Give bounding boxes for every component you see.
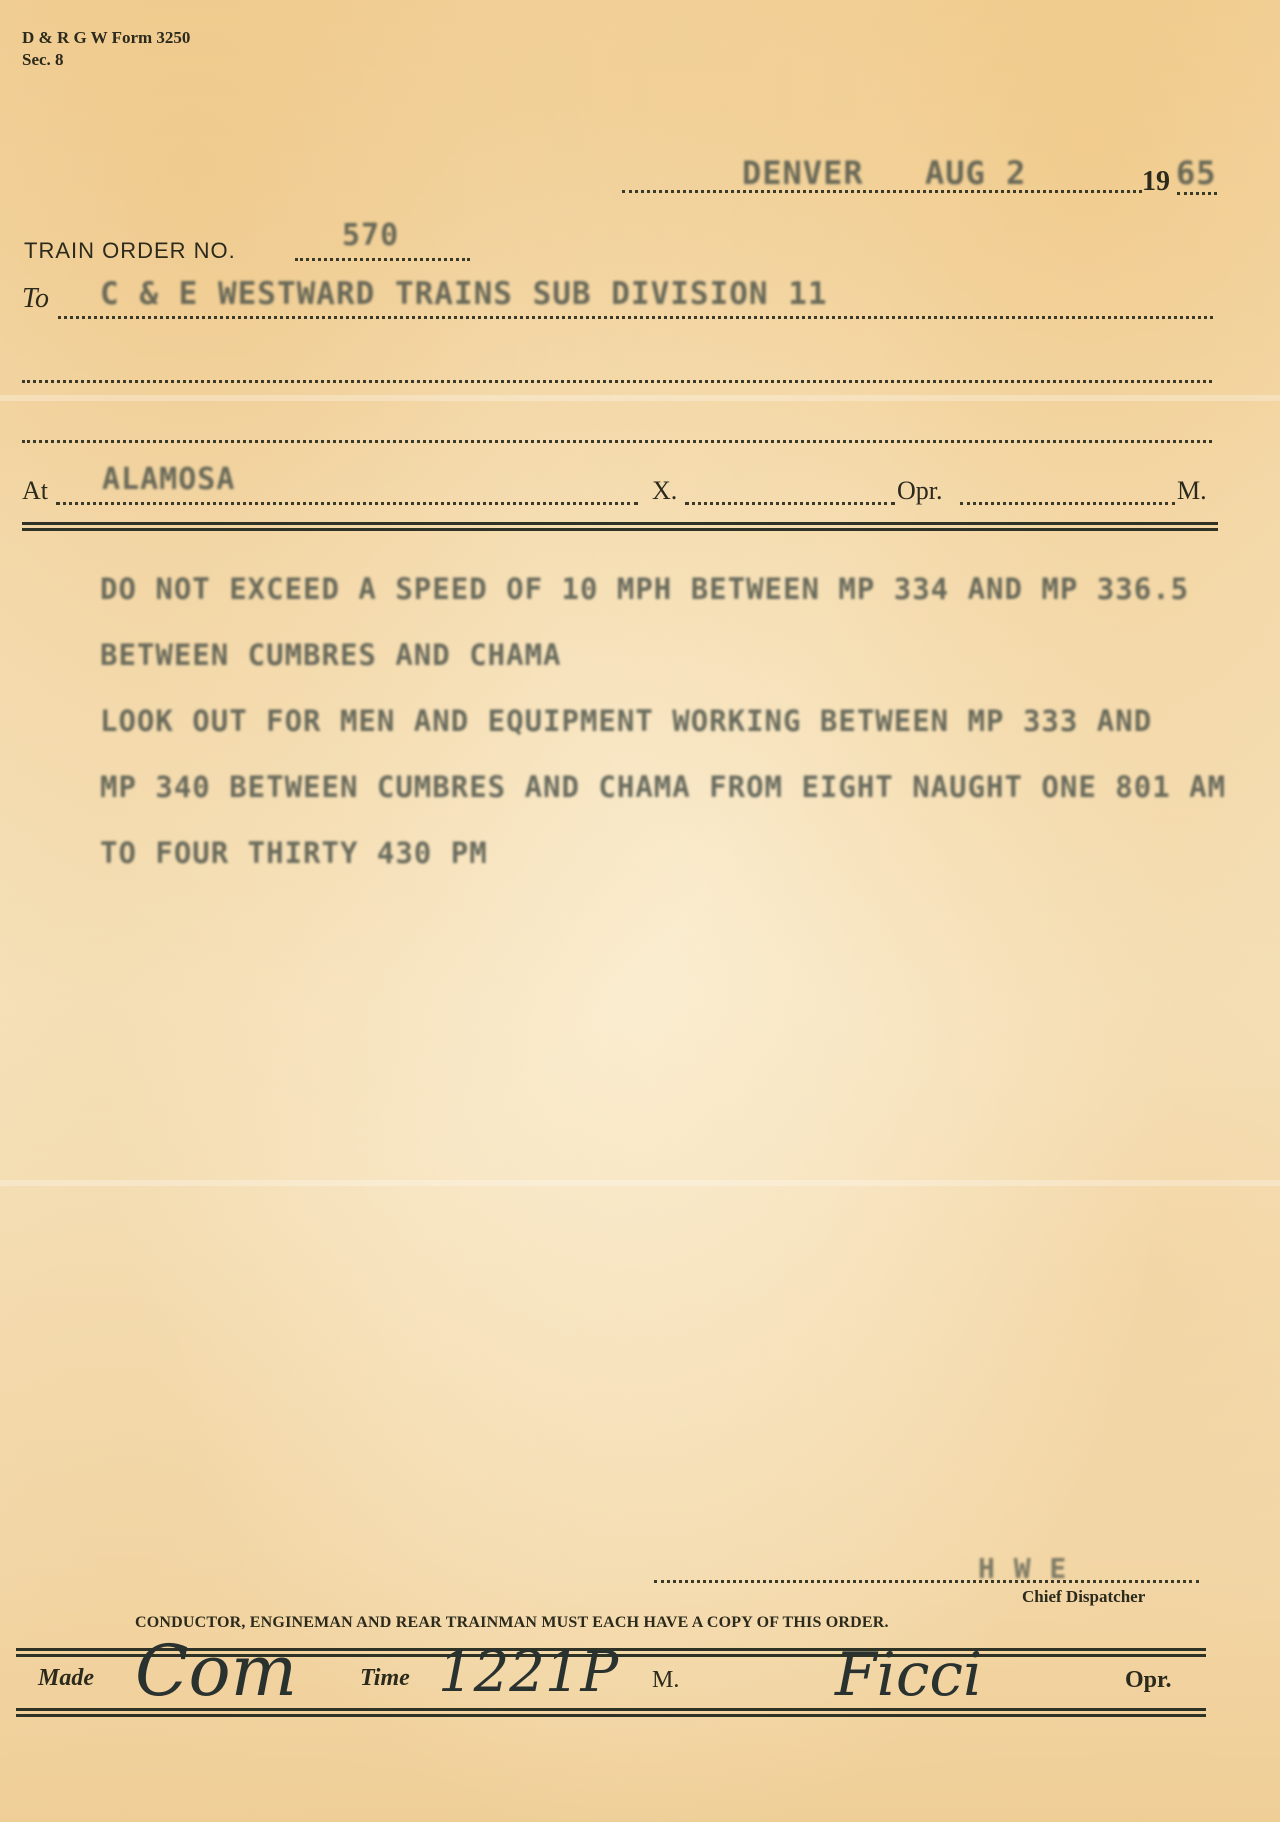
form-section: Sec. 8 bbox=[22, 50, 64, 70]
time-m-label: M. bbox=[652, 1667, 679, 1694]
opr-label: Opr. bbox=[897, 476, 943, 506]
train-order-form: D & R G W Form 3250 Sec. 8 DENVER AUG 2 … bbox=[0, 0, 1280, 1822]
x-line bbox=[685, 502, 895, 505]
dispatcher-initials: H W E bbox=[978, 1552, 1067, 1585]
at-line bbox=[56, 502, 638, 505]
dispatcher-line bbox=[654, 1580, 1199, 1583]
train-order-label: TRAIN ORDER NO. bbox=[24, 238, 236, 264]
blank-line-1 bbox=[22, 380, 1212, 383]
opr-line bbox=[960, 502, 1175, 505]
operator-signature: Ficci bbox=[835, 1640, 982, 1710]
date-line bbox=[622, 190, 1142, 193]
order-line: LOOK OUT FOR MEN AND EQUIPMENT WORKING B… bbox=[100, 688, 1226, 754]
made-value: Com bbox=[135, 1630, 297, 1712]
made-label: Made bbox=[38, 1665, 94, 1692]
chief-dispatcher-label: Chief Dispatcher bbox=[1022, 1587, 1145, 1607]
m-label: M. bbox=[1177, 476, 1207, 506]
order-line: BETWEEN CUMBRES AND CHAMA bbox=[100, 622, 1226, 688]
x-label: X. bbox=[652, 476, 677, 506]
order-body: DO NOT EXCEED A SPEED OF 10 MPH BETWEEN … bbox=[100, 556, 1226, 886]
place-entry: DENVER bbox=[742, 154, 864, 192]
form-number: D & R G W Form 3250 bbox=[22, 28, 190, 48]
to-label: To bbox=[22, 283, 49, 315]
year-prefix: 19 bbox=[1142, 166, 1170, 198]
paper-fold bbox=[0, 395, 1280, 401]
year-line bbox=[1177, 192, 1217, 195]
time-label: Time bbox=[360, 1665, 410, 1692]
header-divider bbox=[22, 522, 1218, 531]
order-line: MP 340 BETWEEN CUMBRES AND CHAMA FROM EI… bbox=[100, 754, 1226, 820]
to-entry: C & E WESTWARD TRAINS SUB DIVISION 11 bbox=[100, 276, 828, 312]
order-number-entry: 570 bbox=[342, 218, 399, 253]
blank-line-2 bbox=[22, 440, 1212, 443]
at-label: At bbox=[22, 476, 48, 506]
order-number-line bbox=[295, 258, 470, 261]
order-line: TO FOUR THIRTY 430 PM bbox=[100, 820, 1226, 886]
time-value: 1221P bbox=[438, 1640, 618, 1705]
order-line: DO NOT EXCEED A SPEED OF 10 MPH BETWEEN … bbox=[100, 556, 1226, 622]
paper-fold bbox=[0, 1180, 1280, 1186]
footer-bottom-rule bbox=[16, 1708, 1206, 1717]
date-entry: AUG 2 bbox=[925, 154, 1026, 192]
year-entry: 65 bbox=[1176, 154, 1217, 192]
footer-opr-label: Opr. bbox=[1125, 1667, 1171, 1694]
to-line bbox=[58, 316, 1213, 319]
at-entry: ALAMOSA bbox=[102, 462, 235, 497]
